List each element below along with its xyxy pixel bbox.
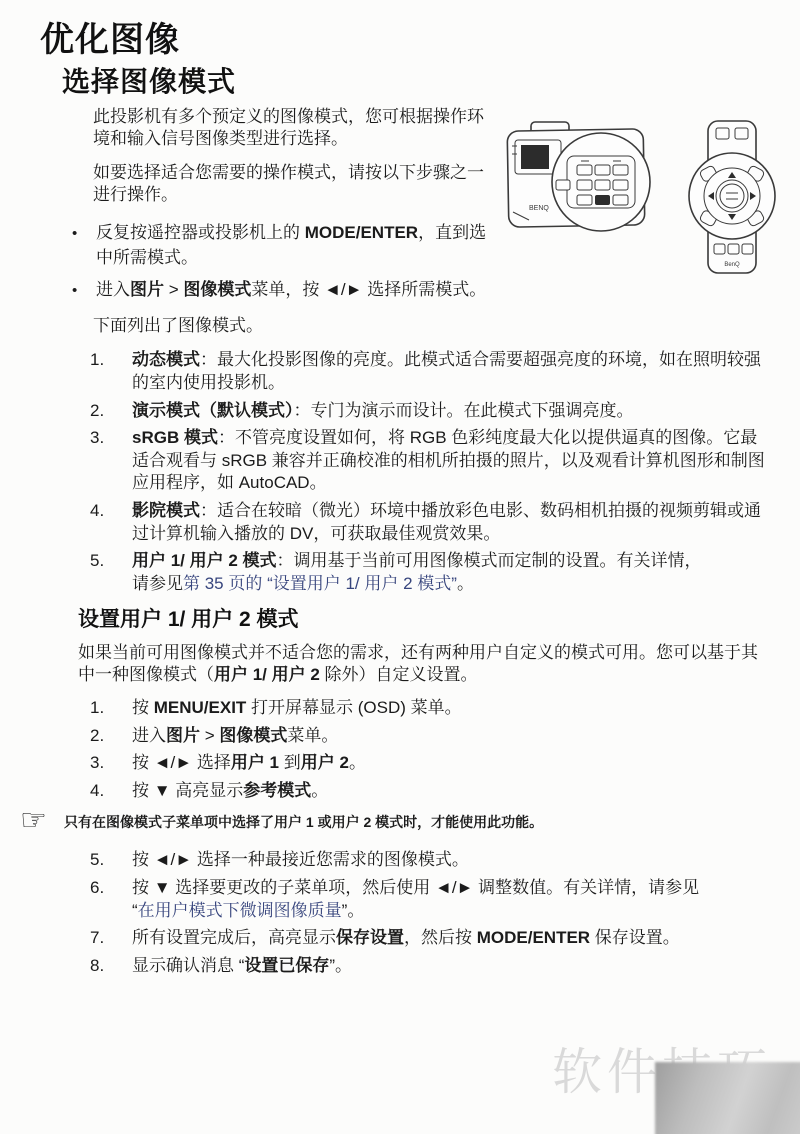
item-number: 5. bbox=[88, 550, 132, 595]
mode-item: 1. 动态模式：最大化投影图像的亮度。此模式适合需要超强亮度的环境，如在照明较强… bbox=[88, 349, 772, 394]
bullet-marker bbox=[69, 220, 96, 270]
item-number: 8. bbox=[88, 955, 132, 978]
text-segment: 请参见 bbox=[132, 574, 183, 593]
item-text: 用户 1/ 用户 2 模式：调用基于当前可用图像模式而定制的设置。有关详情，请参… bbox=[132, 550, 772, 595]
text-segment: ”。 bbox=[329, 956, 352, 975]
bullet-item: 反复按遥控器或投影机上的 MODE/ENTER，直到选中所需模式。 bbox=[69, 220, 493, 270]
mode-item: 5. 用户 1/ 用户 2 模式：调用基于当前可用图像模式而定制的设置。有关详情… bbox=[88, 550, 772, 595]
item-number: 4. bbox=[88, 780, 132, 803]
text-segment: 按 ▼ 高亮显示 bbox=[132, 781, 243, 800]
text-segment: 打开屏幕显示 (OSD) 菜单。 bbox=[246, 698, 461, 717]
step-item: 5. 按 ◄/► 选择一种最接近您需求的图像模式。 bbox=[88, 849, 772, 872]
section-setting-user-modes: 设置用户 1/ 用户 2 模式 如果当前可用图像模式并不适合您的需求，还有两种用… bbox=[0, 607, 800, 977]
text-segment: ，然后按 bbox=[404, 928, 477, 947]
item-number: 4. bbox=[88, 500, 132, 545]
item-text: 动态模式：最大化投影图像的亮度。此模式适合需要超强亮度的环境，如在照明较强的室内… bbox=[132, 349, 772, 394]
item-text: 按 ▼ 选择要更改的子菜单项，然后使用 ◄/► 调整数值。有关详情，请参见“在用… bbox=[132, 877, 772, 922]
text-segment: 保存设置 bbox=[336, 928, 404, 947]
text-segment: MENU/EXIT bbox=[154, 698, 247, 717]
item-text: 演示模式（默认模式）：专门为演示而设计。在此模式下强调亮度。 bbox=[132, 400, 772, 423]
text-segment: 图像模式 bbox=[219, 726, 287, 745]
step-item: 2. 进入图片 > 图像模式菜单。 bbox=[88, 725, 772, 748]
setup-steps-1-4: 1. 按 MENU/EXIT 打开屏幕显示 (OSD) 菜单。 2. 进入图片 … bbox=[88, 697, 772, 802]
projector-illustration: BENQ bbox=[501, 116, 659, 266]
item-text: 显示确认消息 “设置已保存”。 bbox=[132, 955, 772, 978]
text-segment: 演示模式（默认模式） bbox=[132, 401, 294, 420]
item-text: 按 MENU/EXIT 打开屏幕显示 (OSD) 菜单。 bbox=[132, 697, 772, 720]
section-select-picture-mode: 选择图像模式 此投影机有多个预定义的图像模式，您可根据操作环境和输入信号图像类型… bbox=[0, 65, 800, 596]
step-item: 7. 所有设置完成后，高亮显示保存设置，然后按 MODE/ENTER 保存设置。 bbox=[88, 927, 772, 950]
picture-modes-list: 1. 动态模式：最大化投影图像的亮度。此模式适合需要超强亮度的环境，如在照明较强… bbox=[88, 349, 772, 595]
text-segment: sRGB 模式 bbox=[132, 428, 218, 447]
note: ☞ 只有在图像模式子菜单项中选择了用户 1 或用户 2 模式时，才能使用此功能。 bbox=[20, 809, 770, 839]
select-mode-heading: 选择图像模式 bbox=[62, 65, 800, 99]
text-segment: 反复按遥控器或投影机上的 bbox=[96, 223, 305, 242]
item-text: 按 ▼ 高亮显示参考模式。 bbox=[132, 780, 772, 803]
text-segment: 影院模式 bbox=[132, 501, 200, 520]
text-segment: MODE/ENTER bbox=[477, 928, 590, 947]
text-segment: 到 bbox=[279, 753, 301, 772]
note-text: 只有在图像模式子菜单项中选择了用户 1 或用户 2 模式时，才能使用此功能。 bbox=[64, 809, 543, 832]
item-number: 5. bbox=[88, 849, 132, 872]
step-item: 6. 按 ▼ 选择要更改的子菜单项，然后使用 ◄/► 调整数值。有关详情，请参见… bbox=[88, 877, 772, 922]
item-number: 7. bbox=[88, 927, 132, 950]
text-segment: 。 bbox=[349, 753, 366, 772]
modes-list-intro: 下面列出了图像模式。 bbox=[93, 315, 800, 337]
text-segment: 用户 1/ 用户 2 模式 bbox=[132, 551, 277, 570]
item-text: 按 ◄/► 选择一种最接近您需求的图像模式。 bbox=[132, 849, 772, 872]
text-segment: 进入 bbox=[96, 280, 130, 299]
projector-lens bbox=[521, 145, 549, 169]
text-segment: ：适合在较暗（微光）环境中播放彩色电影、数码相机拍摄的视频剪辑或通过计算机输入播… bbox=[132, 501, 761, 543]
remote-brand-label: BenQ bbox=[724, 262, 740, 268]
text-segment: 图片 bbox=[166, 726, 200, 745]
text-segment: > bbox=[200, 726, 219, 745]
setup-paragraph: 如果当前可用图像模式并不适合您的需求，还有两种用户自定义的模式可用。您可以基于其… bbox=[78, 642, 774, 687]
text-segment: 用户 2 bbox=[301, 753, 349, 772]
projector-brand-label: BENQ bbox=[529, 205, 549, 212]
item-text: 影院模式：适合在较暗（微光）环境中播放彩色电影、数码相机拍摄的视频剪辑或通过计算… bbox=[132, 500, 772, 545]
page-title: 优化图像 bbox=[40, 20, 800, 61]
text-segment: 保存设置。 bbox=[590, 928, 680, 947]
mode-item: 3. sRGB 模式：不管亮度设置如何，将 RGB 色彩纯度最大化以提供逼真的图… bbox=[88, 427, 772, 495]
bullet-item: 进入图片 > 图像模式菜单，按 ◄/► 选择所需模式。 bbox=[69, 277, 493, 302]
manual-page: 优化图像 选择图像模式 此投影机有多个预定义的图像模式，您可根据操作环境和输入信… bbox=[0, 0, 800, 1134]
text-segment: 菜单。 bbox=[287, 726, 338, 745]
text-segment: 。 bbox=[457, 574, 474, 593]
intro-paragraph-1: 此投影机有多个预定义的图像模式，您可根据操作环境和输入信号图像类型进行选择。 bbox=[93, 106, 493, 150]
text-segment: 参考模式 bbox=[243, 781, 311, 800]
item-number: 3. bbox=[88, 427, 132, 495]
text-segment: 按 ▼ 选择要更改的子菜单项，然后使用 ◄/► 调整数值。有关详情，请参见 bbox=[132, 878, 699, 897]
item-number: 1. bbox=[88, 349, 132, 394]
text-segment: MODE/ENTER bbox=[305, 223, 418, 242]
illustrations: BENQ bbox=[501, 106, 800, 284]
text-segment: ：调用基于当前可用图像模式而定制的设置。有关详情， bbox=[277, 551, 702, 570]
text-segment: 进入 bbox=[132, 726, 166, 745]
cross-reference-link[interactable]: 在用户模式下微调图像质量 bbox=[138, 901, 342, 920]
bullet-marker bbox=[69, 277, 96, 302]
text-segment: 用户 1 bbox=[231, 753, 279, 772]
setup-steps-5-8: 5. 按 ◄/► 选择一种最接近您需求的图像模式。 6. 按 ▼ 选择要更改的子… bbox=[88, 849, 772, 977]
item-number: 6. bbox=[88, 877, 132, 922]
item-number: 3. bbox=[88, 752, 132, 775]
text-segment: 按 ◄/► 选择 bbox=[132, 753, 231, 772]
item-text: sRGB 模式：不管亮度设置如何，将 RGB 色彩纯度最大化以提供逼真的图像。它… bbox=[132, 427, 772, 495]
remote-illustration: BenQ bbox=[679, 116, 783, 284]
item-text: 所有设置完成后，高亮显示保存设置，然后按 MODE/ENTER 保存设置。 bbox=[132, 927, 772, 950]
text-segment: 动态模式 bbox=[132, 350, 200, 369]
step-item: 3. 按 ◄/► 选择用户 1 到用户 2。 bbox=[88, 752, 772, 775]
text-segment: ”。 bbox=[342, 901, 365, 920]
setup-heading: 设置用户 1/ 用户 2 模式 bbox=[78, 607, 800, 633]
cross-reference-link[interactable]: 第 35 页的 “设置用户 1/ 用户 2 模式” bbox=[183, 574, 457, 593]
text-segment: 设置已保存 bbox=[244, 956, 329, 975]
bullet-text: 反复按遥控器或投影机上的 MODE/ENTER，直到选中所需模式。 bbox=[96, 220, 493, 270]
item-number: 2. bbox=[88, 400, 132, 423]
text-segment: 菜单，按 ◄/► 选择所需模式。 bbox=[251, 280, 486, 299]
text-segment: 按 ◄/► 选择一种最接近您需求的图像模式。 bbox=[132, 850, 469, 869]
text-segment: ：最大化投影图像的亮度。此模式适合需要超强亮度的环境，如在照明较强的室内使用投影… bbox=[132, 350, 761, 392]
step-item: 4. 按 ▼ 高亮显示参考模式。 bbox=[88, 780, 772, 803]
mode-item: 2. 演示模式（默认模式）：专门为演示而设计。在此模式下强调亮度。 bbox=[88, 400, 772, 423]
text-segment: 按 bbox=[132, 698, 154, 717]
text-segment: 图像模式 bbox=[183, 280, 251, 299]
pointing-hand-icon: ☞ bbox=[20, 806, 64, 836]
text-segment: 图片 bbox=[130, 280, 164, 299]
item-number: 2. bbox=[88, 725, 132, 748]
intro-row: 此投影机有多个预定义的图像模式，您可根据操作环境和输入信号图像类型进行选择。 如… bbox=[0, 106, 800, 309]
item-text: 按 ◄/► 选择用户 1 到用户 2。 bbox=[132, 752, 772, 775]
remote-mode-enter-button bbox=[720, 184, 744, 208]
bullet-text: 进入图片 > 图像模式菜单，按 ◄/► 选择所需模式。 bbox=[96, 277, 486, 302]
text-segment: 显示确认消息 “ bbox=[132, 956, 244, 975]
text-segment: ：不管亮度设置如何，将 RGB 色彩纯度最大化以提供逼真的图像。它最适合观看与 … bbox=[132, 428, 765, 492]
intro-text-column: 此投影机有多个预定义的图像模式，您可根据操作环境和输入信号图像类型进行选择。 如… bbox=[93, 106, 493, 309]
intro-paragraph-2: 如要选择适合您需要的操作模式，请按以下步骤之一进行操作。 bbox=[93, 162, 493, 206]
item-text: 进入图片 > 图像模式菜单。 bbox=[132, 725, 772, 748]
text-segment: 。 bbox=[311, 781, 328, 800]
text-segment: 用户 1/ 用户 2 bbox=[214, 665, 320, 684]
bullet-list: 反复按遥控器或投影机上的 MODE/ENTER，直到选中所需模式。 进入图片 >… bbox=[93, 220, 493, 303]
text-segment: > bbox=[164, 280, 183, 299]
watermark-gray-box bbox=[655, 1062, 800, 1134]
text-segment: 除外）自定义设置。 bbox=[320, 665, 478, 684]
step-item: 8. 显示确认消息 “设置已保存”。 bbox=[88, 955, 772, 978]
item-number: 1. bbox=[88, 697, 132, 720]
text-segment: 所有设置完成后，高亮显示 bbox=[132, 928, 336, 947]
mode-item: 4. 影院模式：适合在较暗（微光）环境中播放彩色电影、数码相机拍摄的视频剪辑或通… bbox=[88, 500, 772, 545]
text-segment: ：专门为演示而设计。在此模式下强调亮度。 bbox=[294, 401, 634, 420]
step-item: 1. 按 MENU/EXIT 打开屏幕显示 (OSD) 菜单。 bbox=[88, 697, 772, 720]
